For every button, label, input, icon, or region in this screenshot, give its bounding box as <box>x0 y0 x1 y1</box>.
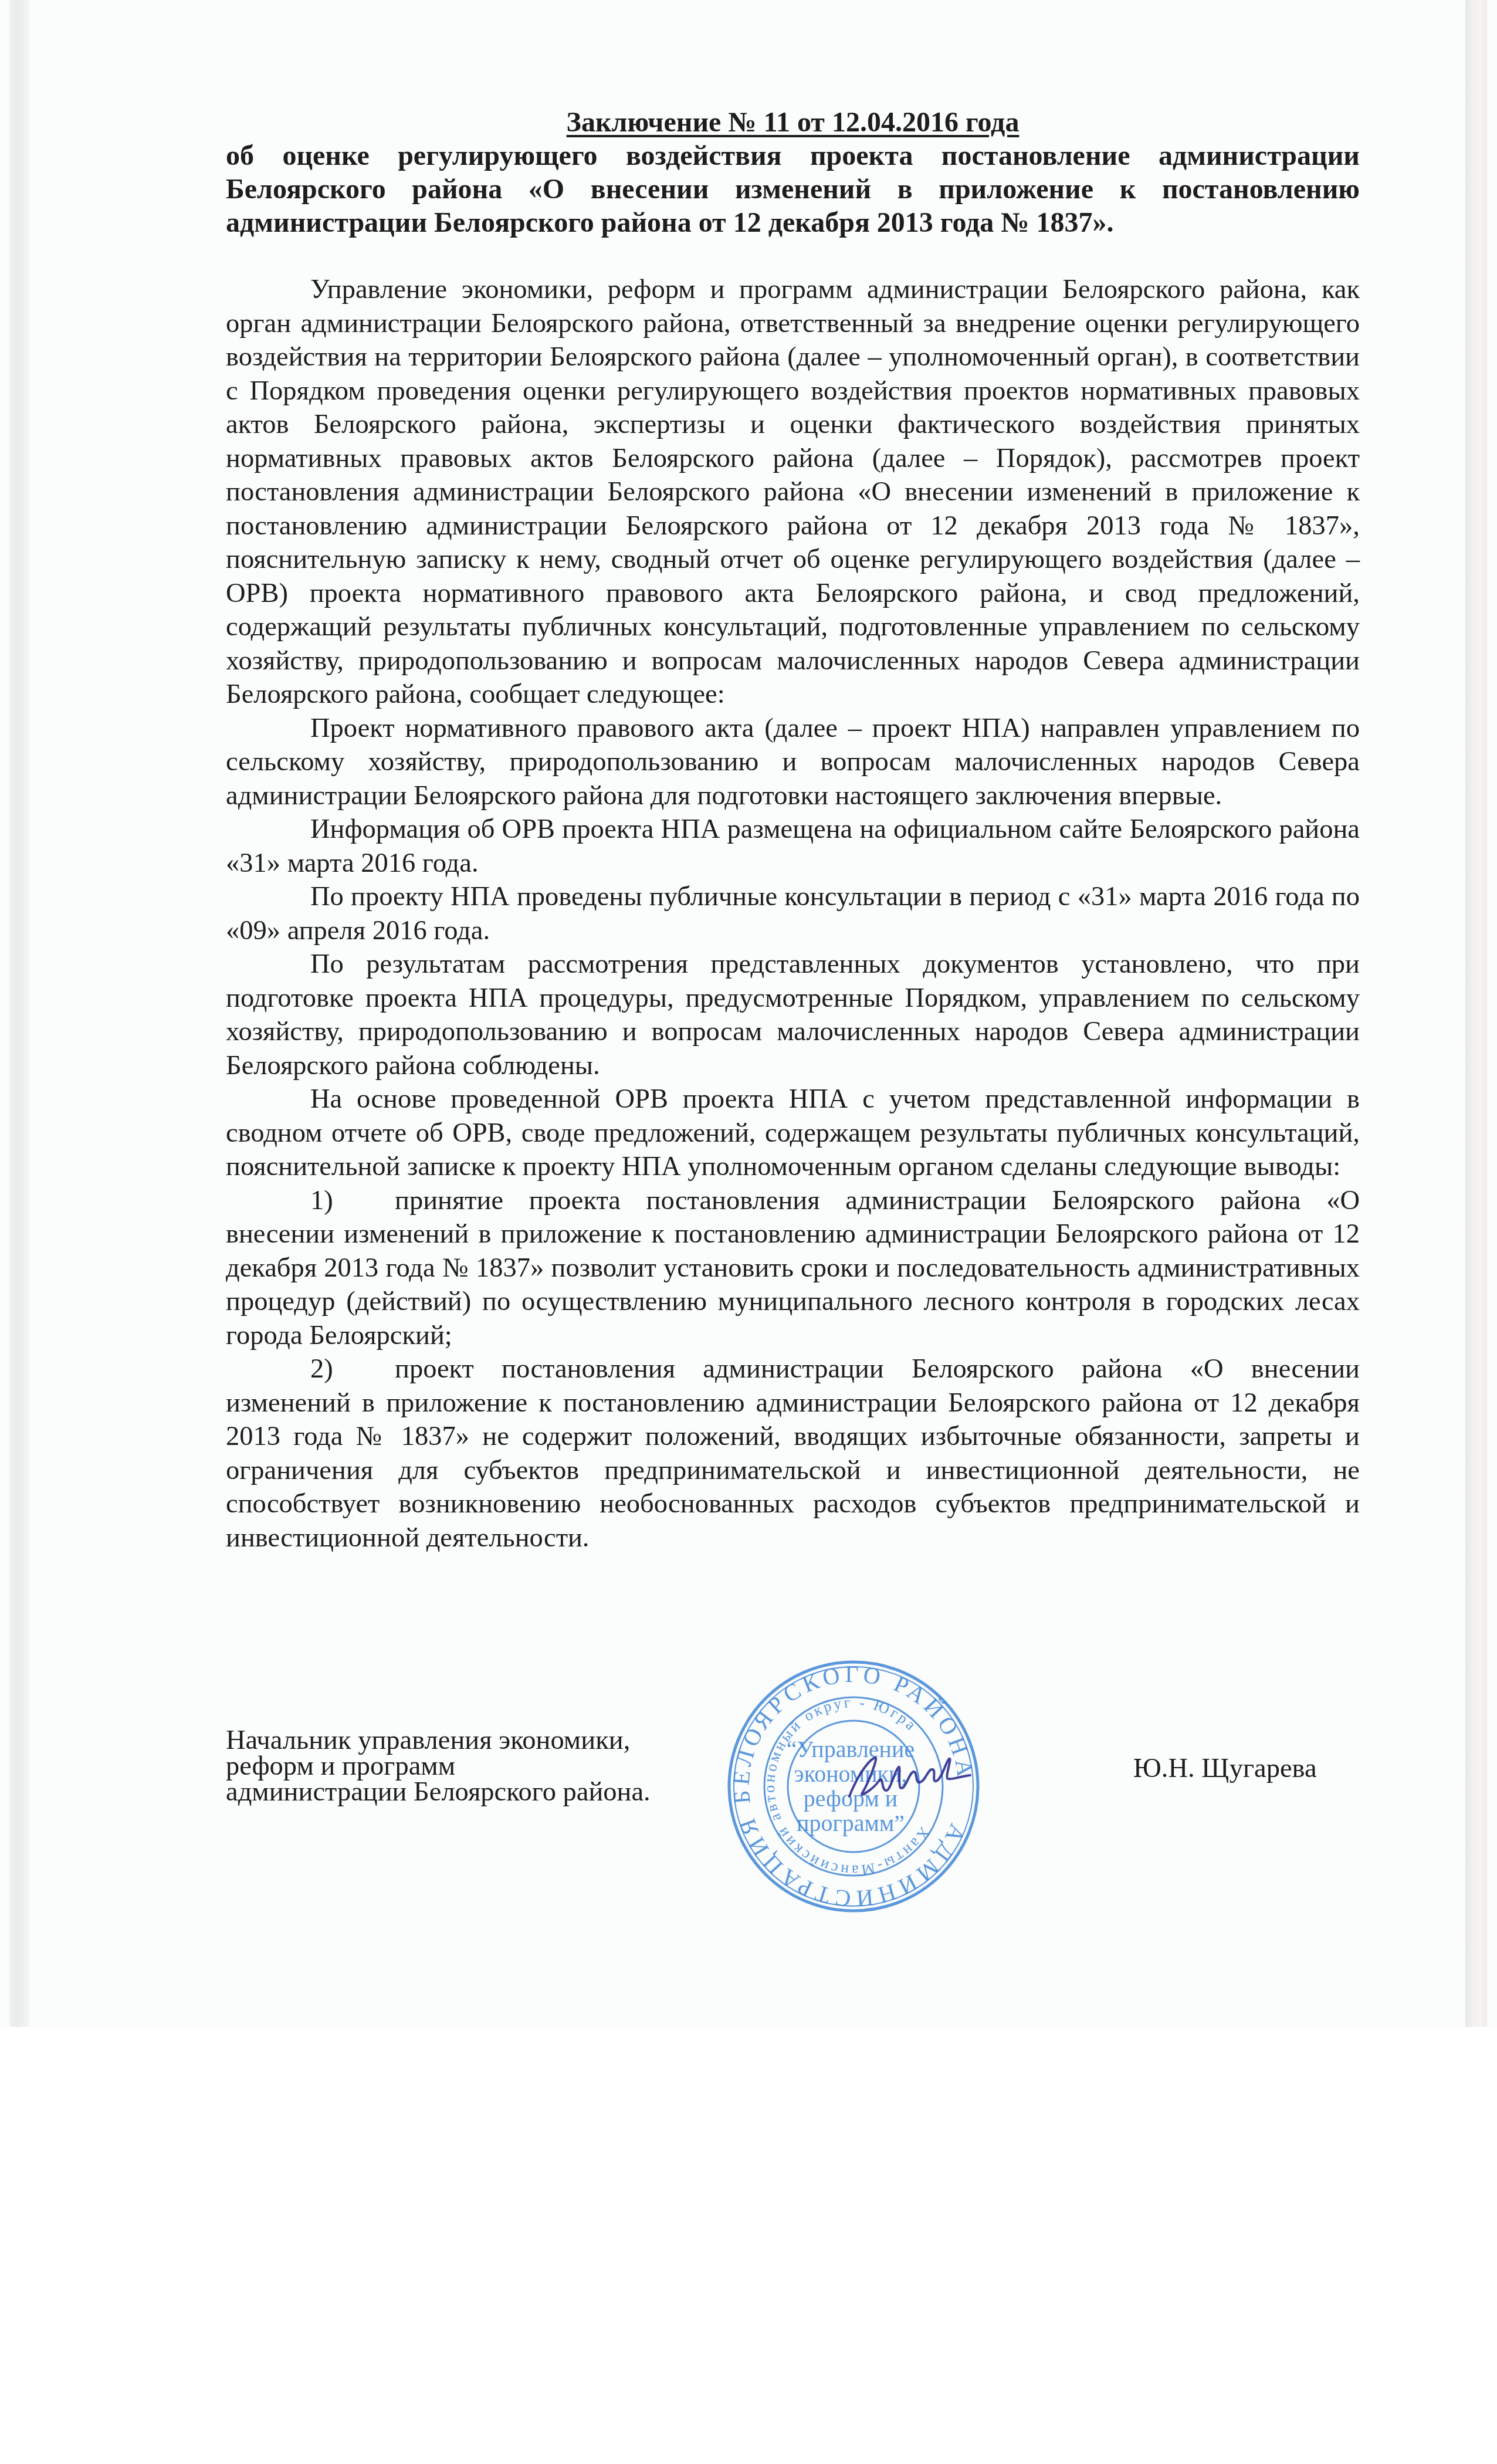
scan-edge-right <box>1465 0 1487 2027</box>
paragraph: Проект нормативного правового акта (дале… <box>226 712 1360 813</box>
conclusion-item-1: 1)принятие проекта постановления админис… <box>226 1184 1360 1353</box>
signature-scribble-icon <box>845 1754 974 1801</box>
document-title: Заключение № 11 от 12.04.2016 года <box>226 106 1360 139</box>
list-number: 2) <box>310 1352 395 1386</box>
list-number: 1) <box>310 1184 395 1218</box>
signer-position-line: Начальник управления экономики, <box>226 1728 651 1754</box>
scan-edge-left <box>9 0 29 2027</box>
signer-name: Ю.Н. Щугарева <box>1133 1754 1317 1783</box>
signer-position: Начальник управления экономики, реформ и… <box>226 1728 651 1805</box>
paragraph: По результатам рассмотрения представленн… <box>226 947 1360 1082</box>
conclusion-item-2: 2)проект постановления администрации Бел… <box>226 1352 1360 1555</box>
stamp-center-line: программ” <box>797 1810 905 1836</box>
document-subtitle: об оценке регулирующего воздействия прое… <box>226 139 1360 239</box>
conclusion-text: принятие проекта постановления администр… <box>226 1186 1360 1351</box>
paragraph: По проекту НПА проведены публичные консу… <box>226 880 1360 947</box>
scanned-page: Заключение № 11 от 12.04.2016 года об оц… <box>0 0 1497 2027</box>
paragraph: Управление экономики, реформ и программ … <box>226 273 1360 712</box>
signer-position-line: реформ и программ <box>226 1754 651 1779</box>
paragraph: Информация об ОРВ проекта НПА размещена … <box>226 813 1360 880</box>
handwritten-signature <box>845 1754 974 1801</box>
document-body: Заключение № 11 от 12.04.2016 года об оц… <box>226 106 1360 1555</box>
conclusion-text: проект постановления администрации Белоя… <box>226 1354 1360 1553</box>
signer-position-line: администрации Белоярского района. <box>226 1779 651 1805</box>
paragraph: На основе проведенной ОРВ проекта НПА с … <box>226 1082 1360 1184</box>
